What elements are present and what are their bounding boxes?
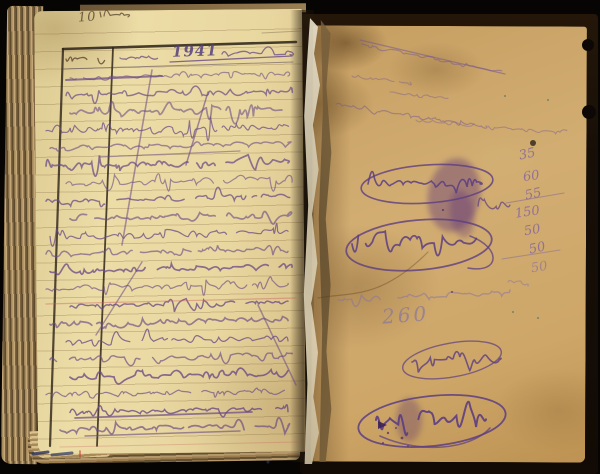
blue-mark [33,452,48,454]
handwriting-line [50,317,288,329]
handwriting-line [60,418,290,434]
ink-dot [387,432,389,434]
red-rule [60,442,298,447]
signature [412,352,501,373]
speck [504,95,506,97]
handwriting-line [70,368,288,384]
crease-line [318,252,428,298]
handwriting-line [70,212,292,225]
speck [512,311,514,313]
handwriting-line [46,245,288,256]
numbers-column-entry: 60 [522,169,540,184]
header-cell-word [66,57,110,64]
blue-mark [52,453,72,455]
numbers-column-entry: 35 [518,146,537,162]
handwriting-stroke [222,47,293,56]
signature-flourish [468,236,493,269]
signature [478,198,512,209]
handwriting-line [66,329,288,346]
blue-dot [267,461,270,464]
ink-dot [401,437,404,440]
numbers-column-entry: 50 [530,260,549,276]
big-number-260: 260 [381,303,429,326]
handwriting-line [46,117,289,141]
ink-dot [382,442,384,444]
ink-dot [451,291,453,293]
ink-dot [442,209,444,211]
header-rule [64,62,293,69]
scribble-line [390,92,448,98]
handwriting-strokes-layer [0,0,600,474]
cross-out-stroke [360,40,505,74]
signature [376,402,486,436]
scribble-line [352,75,411,84]
numbers-column-entry: 55 [524,186,543,202]
photo-backdrop: 10 1941 260 35 60 55 150 50 50 50 [0,0,600,474]
numbers-column-entry: 50 [523,223,542,239]
frame-left-line [50,49,63,446]
hebrew-line [508,280,528,286]
corner-page-note: 10 [78,10,97,24]
signature [352,231,480,255]
heading-year: 1941 [172,43,218,60]
binding-blob [582,39,594,51]
handwriting-line [46,155,289,176]
handwriting-line [66,86,292,103]
handwriting-line [66,174,292,191]
speck [547,99,549,101]
ink-dot [395,427,397,429]
strike-through [100,151,240,157]
handwriting-line [46,388,288,398]
handwriting-stroke [120,56,168,59]
speck [537,317,539,319]
handwriting-line [50,142,291,151]
signature [368,172,482,194]
handwriting-line [50,223,288,246]
handwriting-line [70,102,288,124]
scribble-line [336,103,487,128]
scribble-line [488,126,567,134]
handwriting-line [50,264,292,275]
corner-note-glyph [104,10,130,17]
numbers-column-entry: 150 [514,204,540,220]
binding-blob [582,105,596,119]
pencil-line [262,31,301,33]
stroke-line [100,12,101,17]
numbers-column-entry: 50 [528,240,547,256]
handwriting-line [46,277,288,295]
ink-dot [407,445,409,447]
handwriting-line [50,353,292,366]
